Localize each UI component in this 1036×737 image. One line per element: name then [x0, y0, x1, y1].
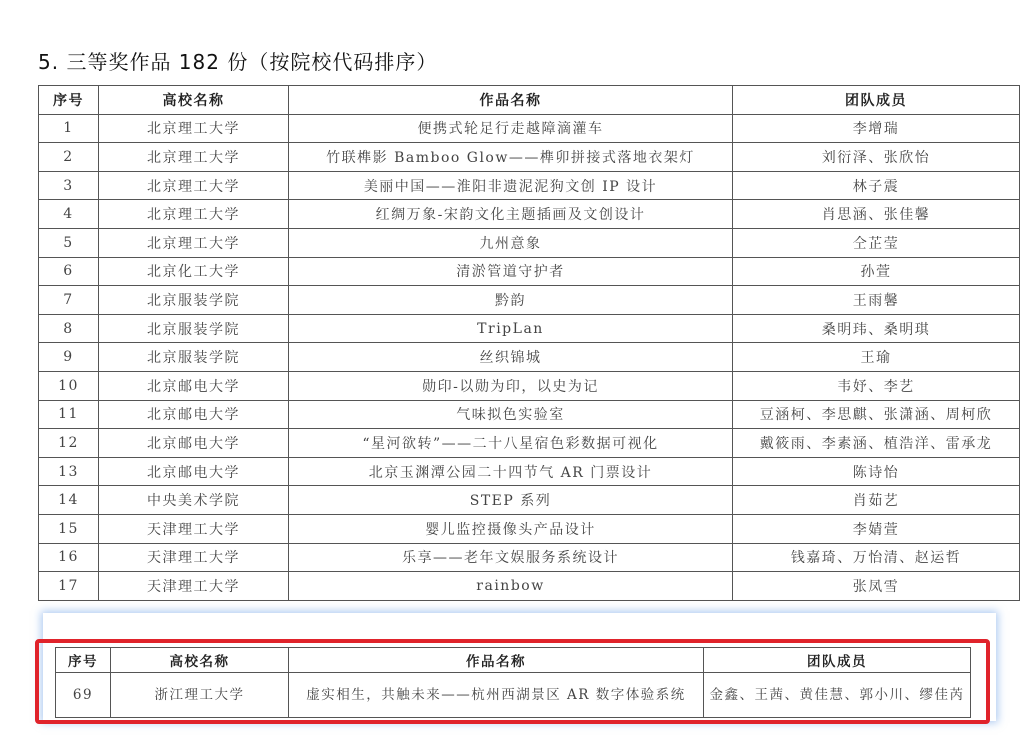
cell-work: STEP 系列	[289, 486, 733, 515]
section-title: 5. 三等奖作品 182 份（按院校代码排序）	[38, 46, 437, 75]
header-work: 作品名称	[289, 86, 733, 115]
table-row: 7北京服装学院黔韵王雨馨	[39, 286, 1020, 315]
cell-school: 北京理工大学	[99, 171, 289, 200]
cell-school: 北京邮电大学	[99, 457, 289, 486]
cell-work: 九州意象	[289, 228, 733, 257]
cell-school: 北京服装学院	[99, 314, 289, 343]
cell-index: 10	[39, 371, 99, 400]
table-row: 2北京理工大学竹联榫影 Bamboo Glow——榫卯拼接式落地衣架灯刘衍泽、张…	[39, 143, 1020, 172]
awards-table: 序号 高校名称 作品名称 团队成员 1北京理工大学便携式轮足行走越障滴灌车李增瑞…	[38, 85, 1020, 601]
cell-index: 6	[39, 257, 99, 286]
cell-work: TripLan	[289, 314, 733, 343]
cell-members: 王雨馨	[733, 286, 1020, 315]
cell-work: 丝织锦城	[289, 343, 733, 372]
cell-work: 红绸万象-宋韵文化主题插画及文创设计	[289, 200, 733, 229]
table-row: 5北京理工大学九州意象仝芷莹	[39, 228, 1020, 257]
cell-work: 黔韵	[289, 286, 733, 315]
table-row: 4北京理工大学红绸万象-宋韵文化主题插画及文创设计肖思涵、张佳馨	[39, 200, 1020, 229]
cell-index: 7	[39, 286, 99, 315]
cell-index: 11	[39, 400, 99, 429]
cell-members: 桑明玮、桑明琪	[733, 314, 1020, 343]
table-row: 1北京理工大学便携式轮足行走越障滴灌车李增瑞	[39, 114, 1020, 143]
cell-work: 乐享——老年文娱服务系统设计	[289, 543, 733, 572]
cell-members: 刘衍泽、张欣怡	[733, 143, 1020, 172]
cell-school: 中央美术学院	[99, 486, 289, 515]
cell-work: 竹联榫影 Bamboo Glow——榫卯拼接式落地衣架灯	[289, 143, 733, 172]
cell-members: 孙萱	[733, 257, 1020, 286]
highlight-red-box	[35, 639, 990, 724]
cell-members: 豆涵柯、李思麒、张潇涵、周柯欣	[733, 400, 1020, 429]
cell-school: 北京邮电大学	[99, 429, 289, 458]
table-row: 12北京邮电大学“星河欲转”——二十八星宿色彩数据可视化戴筱雨、李素涵、植浩洋、…	[39, 429, 1020, 458]
cell-index: 8	[39, 314, 99, 343]
cell-school: 天津理工大学	[99, 514, 289, 543]
cell-school: 北京理工大学	[99, 143, 289, 172]
cell-school: 北京理工大学	[99, 228, 289, 257]
cell-work: 气味拟色实验室	[289, 400, 733, 429]
cell-school: 天津理工大学	[99, 572, 289, 601]
table-row: 16天津理工大学乐享——老年文娱服务系统设计钱嘉琦、万怡清、赵运哲	[39, 543, 1020, 572]
table-row: 13北京邮电大学北京玉渊潭公园二十四节气 AR 门票设计陈诗怡	[39, 457, 1020, 486]
cell-work: 便携式轮足行走越障滴灌车	[289, 114, 733, 143]
cell-index: 9	[39, 343, 99, 372]
cell-work: 美丽中国——淮阳非遗泥泥狗文创 IP 设计	[289, 171, 733, 200]
cell-index: 14	[39, 486, 99, 515]
cell-members: 钱嘉琦、万怡清、赵运哲	[733, 543, 1020, 572]
cell-index: 3	[39, 171, 99, 200]
cell-work: 婴儿监控摄像头产品设计	[289, 514, 733, 543]
cell-index: 17	[39, 572, 99, 601]
header-members: 团队成员	[733, 86, 1020, 115]
table-row: 9北京服装学院丝织锦城王瑜	[39, 343, 1020, 372]
cell-index: 5	[39, 228, 99, 257]
cell-work: rainbow	[289, 572, 733, 601]
table-row: 8北京服装学院TripLan桑明玮、桑明琪	[39, 314, 1020, 343]
cell-school: 北京理工大学	[99, 200, 289, 229]
cell-members: 李增瑞	[733, 114, 1020, 143]
cell-members: 肖茹艺	[733, 486, 1020, 515]
cell-school: 北京理工大学	[99, 114, 289, 143]
cell-index: 16	[39, 543, 99, 572]
cell-index: 4	[39, 200, 99, 229]
cell-work: “星河欲转”——二十八星宿色彩数据可视化	[289, 429, 733, 458]
table-row: 10北京邮电大学勋印-以勋为印，以史为记韦妤、李艺	[39, 371, 1020, 400]
table-row: 17天津理工大学rainbow张凤雪	[39, 572, 1020, 601]
cell-members: 林子震	[733, 171, 1020, 200]
cell-work: 北京玉渊潭公园二十四节气 AR 门票设计	[289, 457, 733, 486]
table-header-row: 序号 高校名称 作品名称 团队成员	[39, 86, 1020, 115]
cell-school: 北京服装学院	[99, 286, 289, 315]
header-index: 序号	[39, 86, 99, 115]
cell-school: 北京服装学院	[99, 343, 289, 372]
cell-index: 1	[39, 114, 99, 143]
cell-index: 2	[39, 143, 99, 172]
cell-members: 张凤雪	[733, 572, 1020, 601]
table-row: 14中央美术学院STEP 系列肖茹艺	[39, 486, 1020, 515]
cell-school: 北京化工大学	[99, 257, 289, 286]
cell-school: 北京邮电大学	[99, 400, 289, 429]
cell-index: 13	[39, 457, 99, 486]
cell-members: 韦妤、李艺	[733, 371, 1020, 400]
cell-work: 清淤管道守护者	[289, 257, 733, 286]
table-row: 11北京邮电大学气味拟色实验室豆涵柯、李思麒、张潇涵、周柯欣	[39, 400, 1020, 429]
cell-school: 天津理工大学	[99, 543, 289, 572]
cell-members: 王瑜	[733, 343, 1020, 372]
cell-members: 肖思涵、张佳馨	[733, 200, 1020, 229]
table-row: 15天津理工大学婴儿监控摄像头产品设计李婧萱	[39, 514, 1020, 543]
cell-work: 勋印-以勋为印，以史为记	[289, 371, 733, 400]
table-row: 3北京理工大学美丽中国——淮阳非遗泥泥狗文创 IP 设计林子震	[39, 171, 1020, 200]
cell-school: 北京邮电大学	[99, 371, 289, 400]
table-row: 6北京化工大学清淤管道守护者孙萱	[39, 257, 1020, 286]
cell-index: 15	[39, 514, 99, 543]
header-school: 高校名称	[99, 86, 289, 115]
cell-members: 陈诗怡	[733, 457, 1020, 486]
cell-members: 李婧萱	[733, 514, 1020, 543]
cell-members: 戴筱雨、李素涵、植浩洋、雷承龙	[733, 429, 1020, 458]
cell-members: 仝芷莹	[733, 228, 1020, 257]
cell-index: 12	[39, 429, 99, 458]
